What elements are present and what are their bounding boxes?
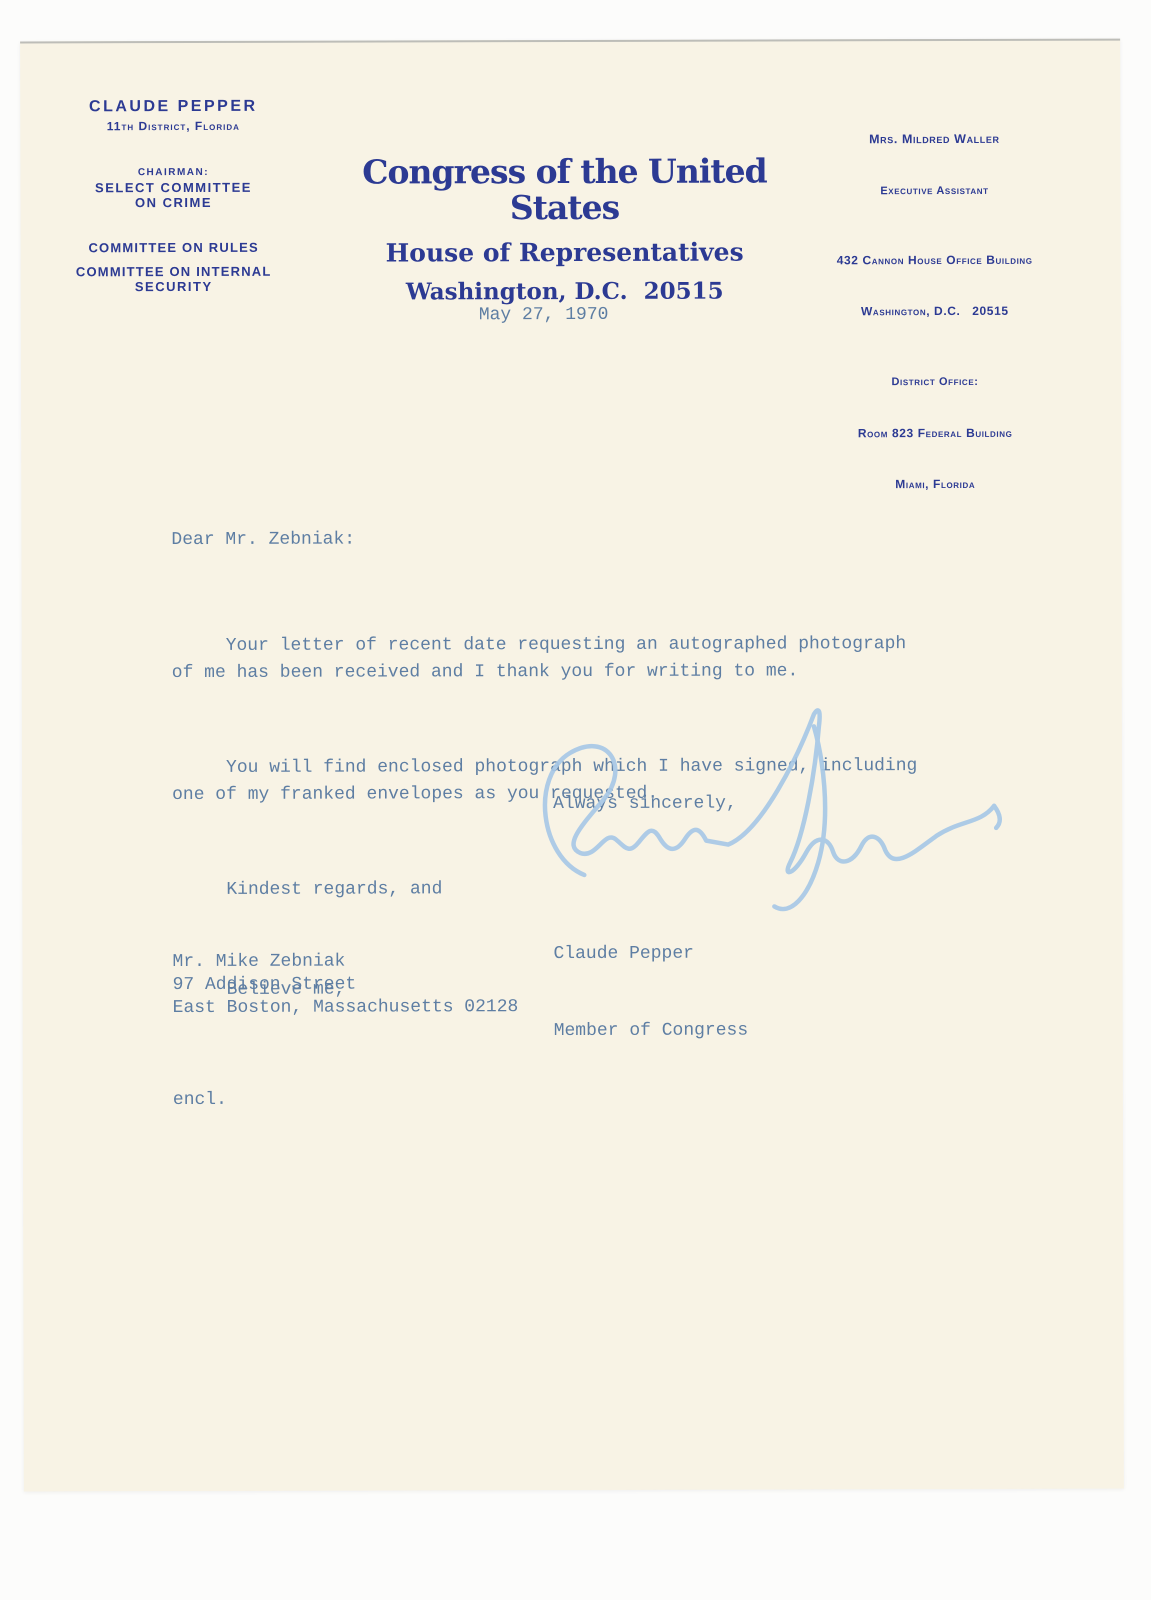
office-address-line2: Washington, D.C. 20515	[819, 304, 1051, 320]
letterhead-left-column: CLAUDE PEPPER 11th District, Florida CHA…	[58, 98, 289, 295]
signer-title: Member of Congress	[554, 1020, 748, 1044]
congress-title: Congress of the United States	[314, 153, 814, 226]
letter-paper: CLAUDE PEPPER 11th District, Florida CHA…	[20, 39, 1124, 1492]
recipient-address: Mr. Mike Zebniak 97 Addison Street East …	[172, 950, 518, 1020]
committee-internal-line1: COMMITTEE ON INTERNAL	[59, 264, 289, 280]
chairman-label: CHAIRMAN:	[58, 167, 288, 179]
signature-autograph	[522, 694, 1013, 925]
enclosure-note: encl.	[173, 1088, 519, 1112]
recipient-block: Mr. Mike Zebniak 97 Addison Street East …	[172, 904, 518, 1158]
district-office-label: District Office:	[819, 375, 1051, 391]
letter-scan: CLAUDE PEPPER 11th District, Florida CHA…	[0, 0, 1151, 1600]
committee-rules: COMMITTEE ON RULES	[59, 240, 289, 256]
signer-name: Claude Pepper	[553, 943, 747, 967]
member-district: 11th District, Florida	[58, 119, 288, 134]
assistant-name: Mrs. Mildred Waller	[818, 131, 1050, 148]
washington-address: Washington, D.C. 20515	[315, 278, 815, 304]
letterhead-center: Congress of the United States House of R…	[314, 153, 814, 304]
assistant-title: Executive Assistant	[818, 183, 1050, 200]
select-committee-line2: ON CRIME	[59, 195, 289, 211]
district-office-line1: Room 823 Federal Building	[819, 426, 1051, 442]
house-subtitle: House of Representatives	[315, 238, 815, 266]
letterhead-right-column: Mrs. Mildred Waller Executive Assistant …	[818, 95, 1051, 529]
letter-date: May 27, 1970	[479, 305, 609, 325]
member-name: CLAUDE PEPPER	[58, 98, 288, 117]
committee-internal-line2: SECURITY	[59, 279, 289, 295]
paragraph-1: Your letter of recent date requesting an…	[172, 631, 917, 687]
select-committee-line1: SELECT COMMITTEE	[58, 180, 288, 196]
salutation: Dear Mr. Zebniak:	[171, 525, 916, 554]
office-address-line1: 432 Cannon House Office Building	[819, 253, 1051, 269]
